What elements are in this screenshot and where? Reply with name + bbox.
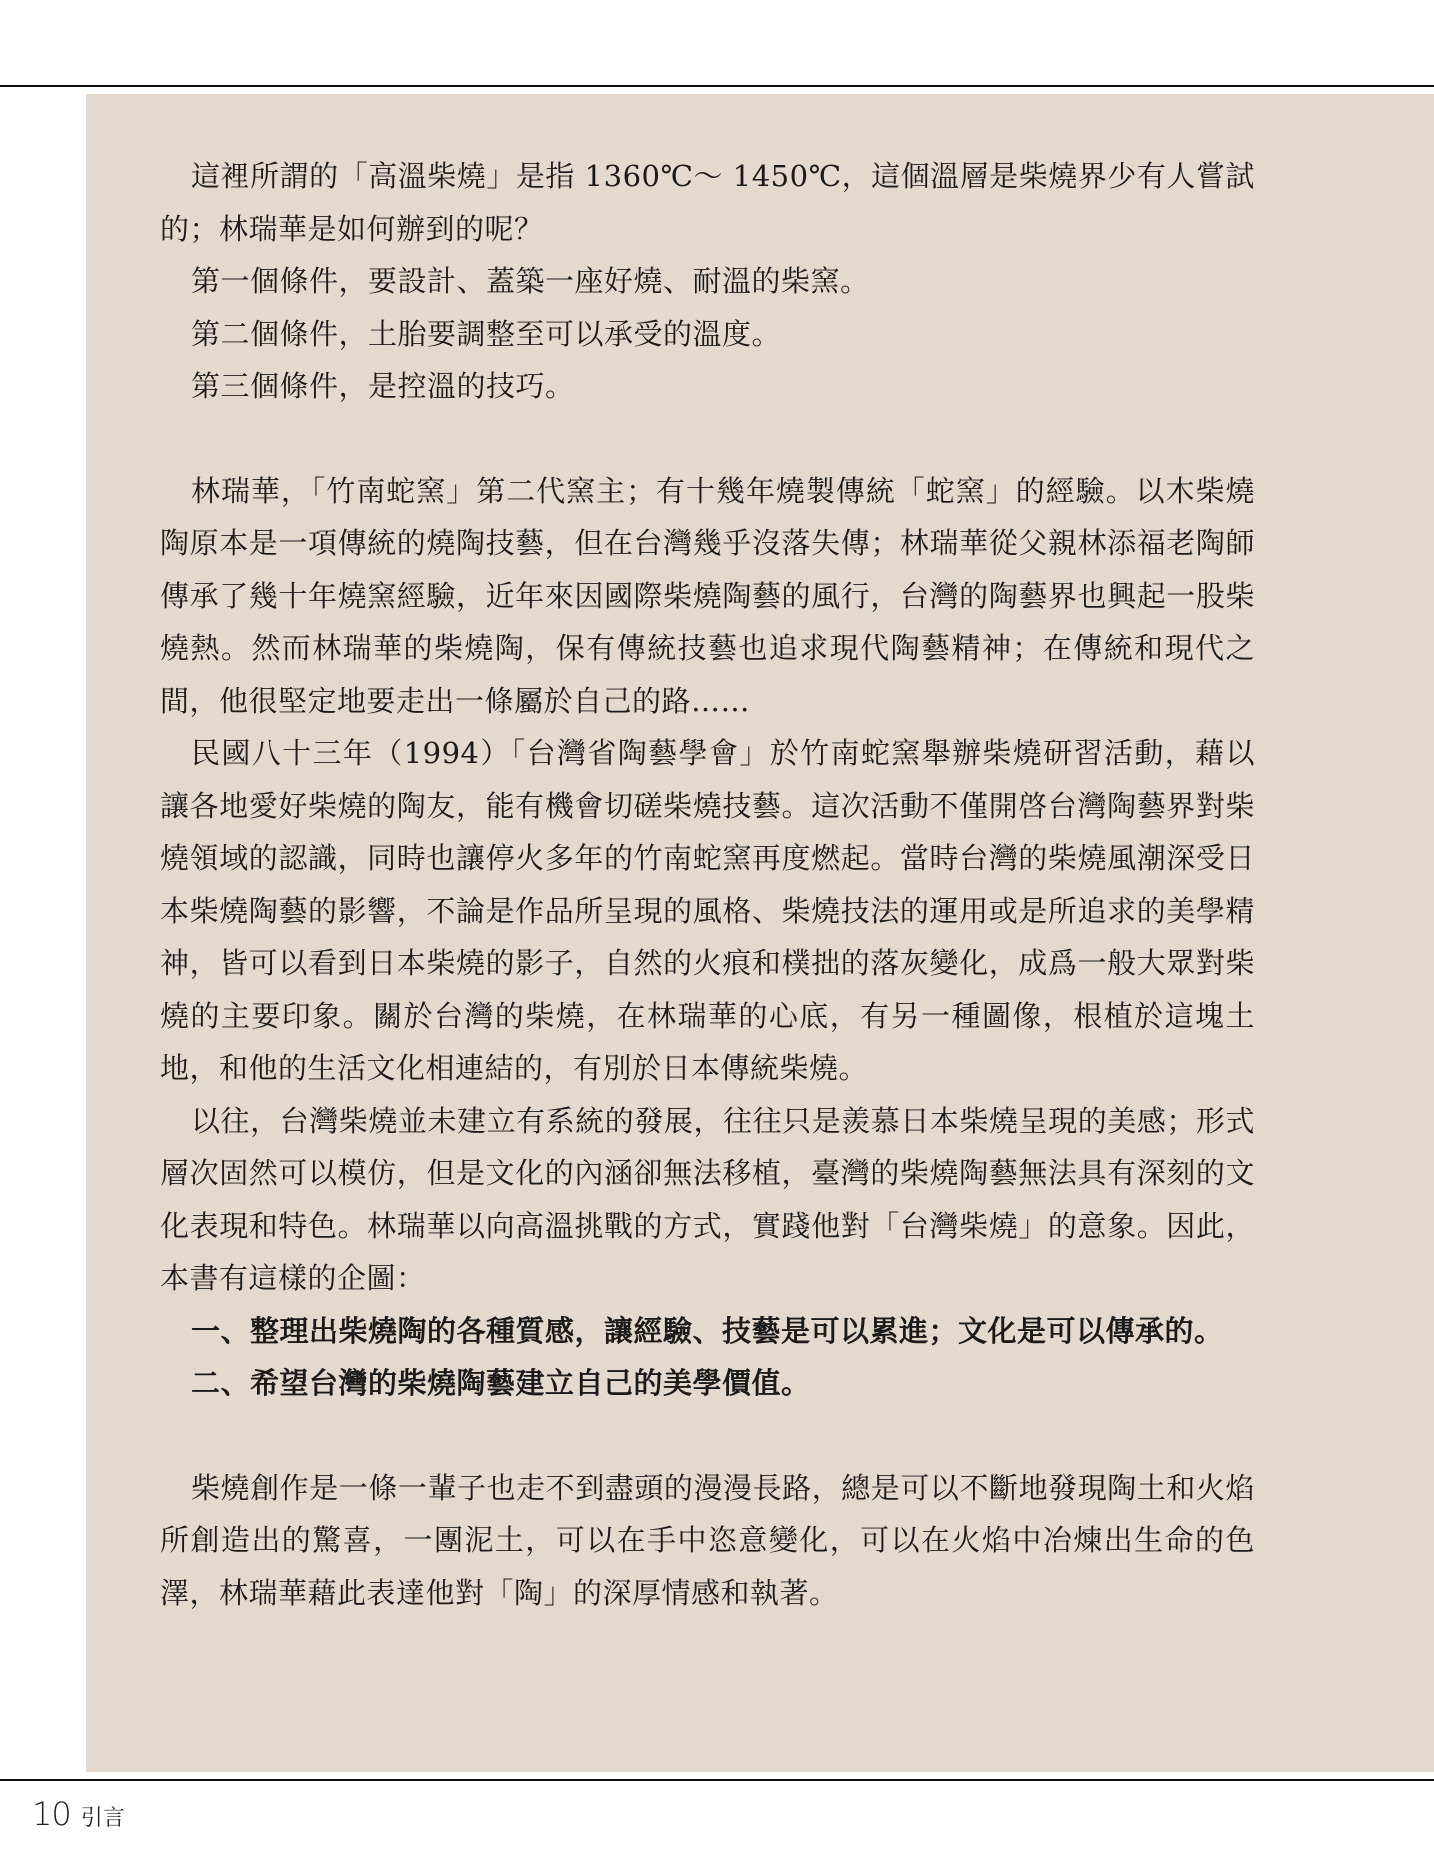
body-content: 這裡所謂的「高溫柴燒」是指 1360℃～ 1450℃，這個溫層是柴燒界少有人嘗試… [160,150,1255,1619]
paragraph-gap [160,413,1255,465]
paragraph-lin-ruihua-intro: 林瑞華，「竹南蛇窯」第二代窯主；有十幾年燒製傳統「蛇窯」的經驗。以木柴燒陶原本是… [160,465,1255,728]
paragraph-condition-2: 第二個條件，土胎要調整至可以承受的溫度。 [160,308,1255,361]
paragraph-taiwan-wood-firing: 以往，台灣柴燒並未建立有系統的發展，往往只是羨慕日本柴燒呈現的美感；形式層次固然… [160,1095,1255,1305]
paragraph-condition-3: 第三個條件，是控溫的技巧。 [160,360,1255,413]
paragraph-gap [160,1410,1255,1462]
paragraph-closing: 柴燒創作是一條一輩子也走不到盡頭的漫漫長路，總是可以不斷地發現陶土和火焰所創造出… [160,1462,1255,1620]
paragraph-1994-workshop: 民國八十三年（1994）「台灣省陶藝學會」於竹南蛇窯舉辦柴燒研習活動，藉以讓各地… [160,727,1255,1095]
page-footer: 10 引言 [32,1795,125,1833]
header-rule [0,85,1434,87]
footer-rule [0,1779,1434,1781]
paragraph-high-temp-definition: 這裡所謂的「高溫柴燒」是指 1360℃～ 1450℃，這個溫層是柴燒界少有人嘗試… [160,150,1255,255]
page-number: 10 [32,1795,71,1833]
paragraph-condition-1: 第一個條件，要設計、蓋築一座好燒、耐溫的柴窯。 [160,255,1255,308]
goal-item-1: 一、整理出柴燒陶的各種質感，讓經驗、技藝是可以累進；文化是可以傳承的。 [160,1305,1255,1358]
section-label: 引言 [81,1801,125,1832]
goal-item-2: 二、希望台灣的柴燒陶藝建立自己的美學價值。 [160,1357,1255,1410]
